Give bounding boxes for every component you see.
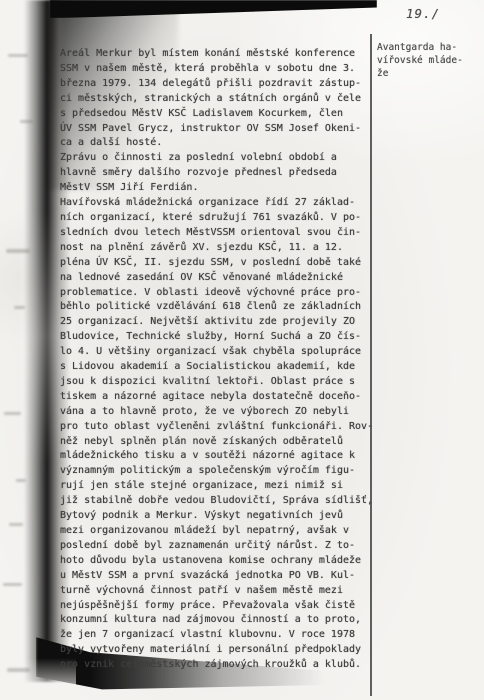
scan-speck bbox=[8, 54, 28, 57]
scan-speck bbox=[16, 479, 26, 482]
scan-speck bbox=[6, 249, 30, 253]
page-number: 19./ bbox=[406, 6, 440, 21]
scan-speck bbox=[14, 306, 25, 309]
typewritten-body: Areál Merkur byl místem konání městské k… bbox=[60, 47, 373, 673]
scanned-document-page: 19./ Avantgarda ha- vířovské mláde- že A… bbox=[0, 0, 484, 700]
scan-top-edge-bar bbox=[50, 0, 377, 18]
scan-speck bbox=[4, 412, 21, 415]
margin-note: Avantgarda ha- vířovské mláde- že bbox=[377, 41, 463, 80]
scan-speck bbox=[9, 523, 23, 526]
scan-speck bbox=[7, 668, 30, 672]
scan-speck bbox=[3, 583, 22, 586]
scan-speck bbox=[20, 120, 33, 123]
